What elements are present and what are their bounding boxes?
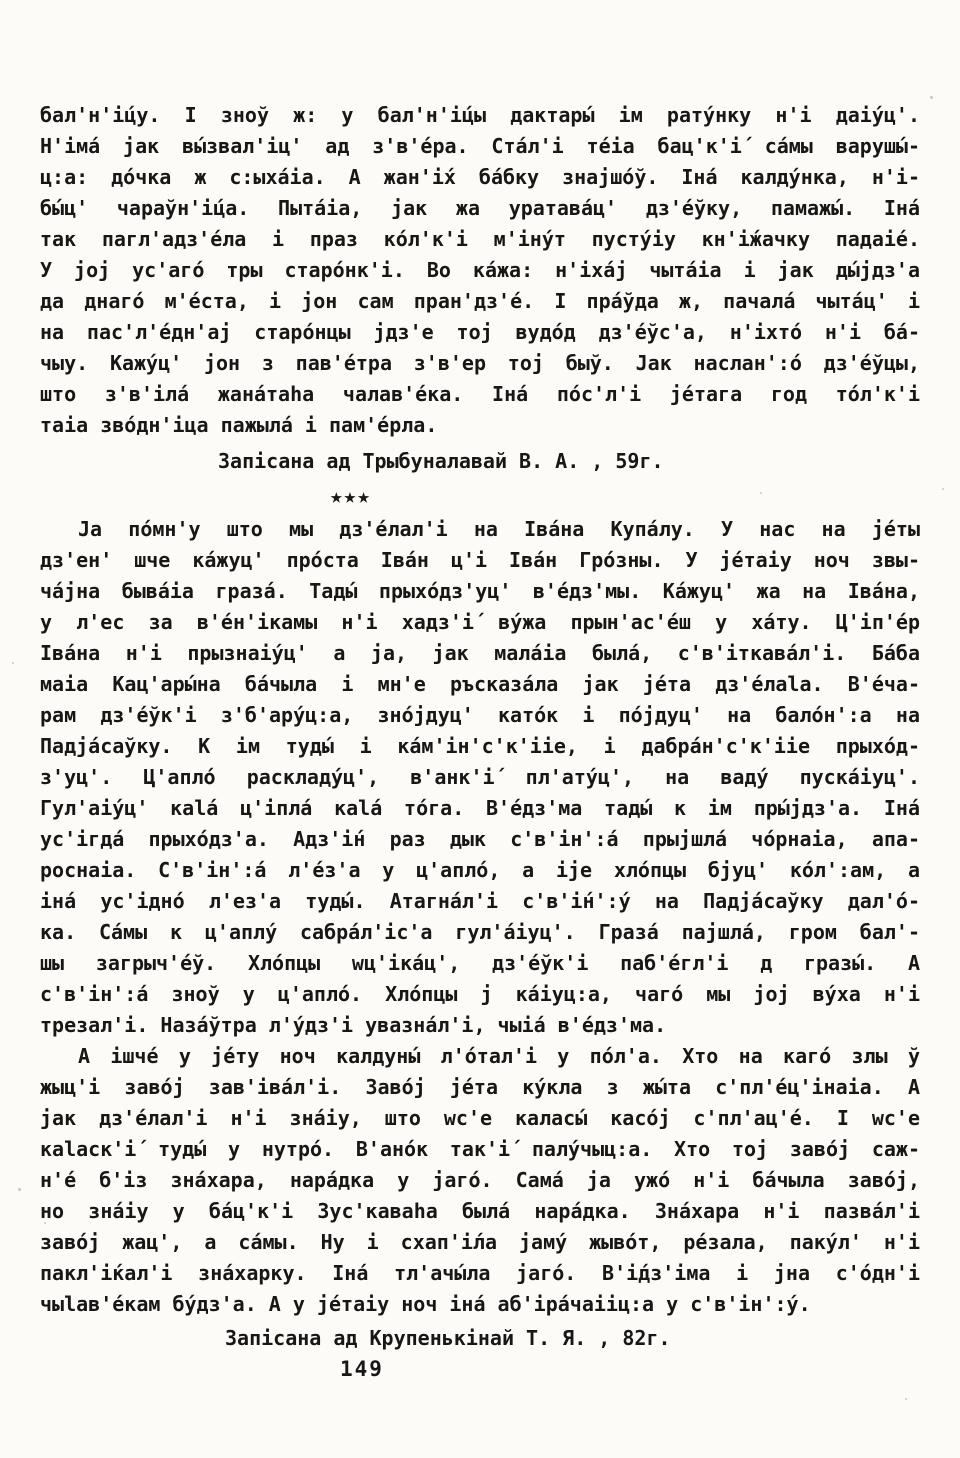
text-line: маіа Кац'ары́на ба́чыла і мн'е ръсказа́л… xyxy=(40,669,920,700)
text-line: Іва́на н'і прызнаіу́ц' а jа, jак мала́іа… xyxy=(40,638,920,669)
text-line: н'е́ б'із зна́хара, нара́дка у jаго́. Са… xyxy=(40,1165,920,1196)
text-line: Падjа́саўку. К ім туды́ і ка́м'ін'с'к'іі… xyxy=(40,731,920,762)
paragraph-1: бал'н'і́цу. І зноў ж: у бал'н'і́цы дакта… xyxy=(40,100,920,441)
text-line: чыlав'е́кам бу́дз'а. А у jе́таіу ноч іна… xyxy=(40,1289,920,1320)
text-line: бы́ц' чараўн'і́ца. Пыта́іа, jак жа урата… xyxy=(40,193,920,224)
text-line: ча́jна быва́іа граза́. Тады́ прыхо́дз'уц… xyxy=(40,576,920,607)
text-line: роснаіа. С'в'ін':а́ л'е́з'а у ц'апло́, а… xyxy=(40,855,920,886)
text-line: іна́ ус'ідно́ л'ез'а туды́. Атагна́л'і с… xyxy=(40,886,920,917)
text-line: пакл'і́кал'і зна́харку. Іна́ тл'ачы́ла j… xyxy=(40,1258,920,1289)
text-line: но зна́іу у ба́ц'к'і Зус'каваhа была́ на… xyxy=(40,1196,920,1227)
text-line: У jоj ус'аго́ тры старо́нк'і. Во ка́жа: … xyxy=(40,255,920,286)
text-line: jак дз'е́лал'і н'і зна́іу, што wс'е кала… xyxy=(40,1103,920,1134)
text-line: ц:а: до́чка ж с:ыха́іа. А жан'і́х ба́бку… xyxy=(40,162,920,193)
scan-speckle xyxy=(942,488,944,490)
text-line: Jа по́мн'у што мы дз'е́лал'і на Іва́на К… xyxy=(40,514,920,545)
text-line: каlаск'і́ туды́ у нутро́. В'ано́к так'і́… xyxy=(40,1134,920,1165)
text-line: трезал'і. Наза́ўтра л'у́дз'і увазна́л'і,… xyxy=(40,1010,920,1041)
text-line: Гул'аіу́ц' каlа́ ц'іпла́ каlа́ то́га. В'… xyxy=(40,793,920,824)
scan-speckle xyxy=(905,1398,907,1400)
text-line: ус'ігда́ прыхо́дз'а. Адз'і́н раз дык с'в… xyxy=(40,824,920,855)
text-line: таіа зво́дн'іца пажыла́ і пам'е́рла. xyxy=(40,410,920,441)
text-line: так пагл'адз'е́ла і праз ко́л'к'і м'іну́… xyxy=(40,224,920,255)
section-separator-stars: ★★★ xyxy=(40,483,920,514)
text-column: бал'н'і́цу. І зноў ж: у бал'н'і́цы дакта… xyxy=(40,100,920,1385)
text-line: бал'н'і́цу. І зноў ж: у бал'н'і́цы дакта… xyxy=(40,100,920,131)
scan-speckle xyxy=(18,1188,21,1191)
attribution-1: Запісана ад Трыбуналавай В. А. , 59г. xyxy=(40,446,920,477)
text-line: у л'ес за в'е́н'ікамы н'і хадз'і́ ву́жа … xyxy=(40,607,920,638)
text-line: А ішче́ у jе́ту ноч калдуны́ л'о́тал'і у… xyxy=(40,1041,920,1072)
text-line: ка. Са́мы к ц'аплу́ сабра́л'іс'а гул'а́і… xyxy=(40,917,920,948)
paragraph-3: А ішче́ у jе́ту ноч калдуны́ л'о́тал'і у… xyxy=(40,1041,920,1320)
text-line: да днаго́ м'е́ста, і jон сам пран'дз'е́.… xyxy=(40,286,920,317)
page-number: 149 xyxy=(40,1354,920,1385)
scanned-page: бал'н'і́цу. І зноў ж: у бал'н'і́цы дакта… xyxy=(0,0,960,1458)
text-line: с'в'ін':а́ зноў у ц'апло́. Хло́пцы j ка́… xyxy=(40,979,920,1010)
text-line: рам дз'е́ўк'і з'б'ару́ц:а, зно́jдуц' кат… xyxy=(40,700,920,731)
paragraph-2: Jа по́мн'у што мы дз'е́лал'і на Іва́на К… xyxy=(40,514,920,1041)
text-line: заво́j жац', а са́мы. Ну і схап'і́ла jам… xyxy=(40,1227,920,1258)
text-line: дз'ен' шче ка́жуц' про́ста Іва́н ц'і Іва… xyxy=(40,545,920,576)
attribution-2: Запісана ад Крупенькінай Т. Я. , 82г. xyxy=(40,1323,920,1354)
text-line: Н'іма́ jак вы́звал'іц' ад з'в'е́ра. Ста́… xyxy=(40,131,920,162)
text-line: шы загрыч'е́ў. Хло́пцы wц'іка́ц', дз'е́ў… xyxy=(40,948,920,979)
text-line: на пас'л'е́дн'аj старо́нцы jдз'е тоj вуд… xyxy=(40,317,920,348)
text-line: з'уц'. Ц'апло́ раскладу́ц', в'анк'і́ пл'… xyxy=(40,762,920,793)
text-line: жыц'і заво́j зав'іва́л'і. Заво́j jе́та к… xyxy=(40,1072,920,1103)
text-line: што з'в'іла́ жана́таhа чалав'е́ка. Іна́ … xyxy=(40,379,920,410)
text-line: чыу. Кажу́ц' jон з пав'е́тра з'в'ер тоj … xyxy=(40,348,920,379)
scan-speckle xyxy=(12,662,14,664)
scan-speckle xyxy=(930,96,933,99)
